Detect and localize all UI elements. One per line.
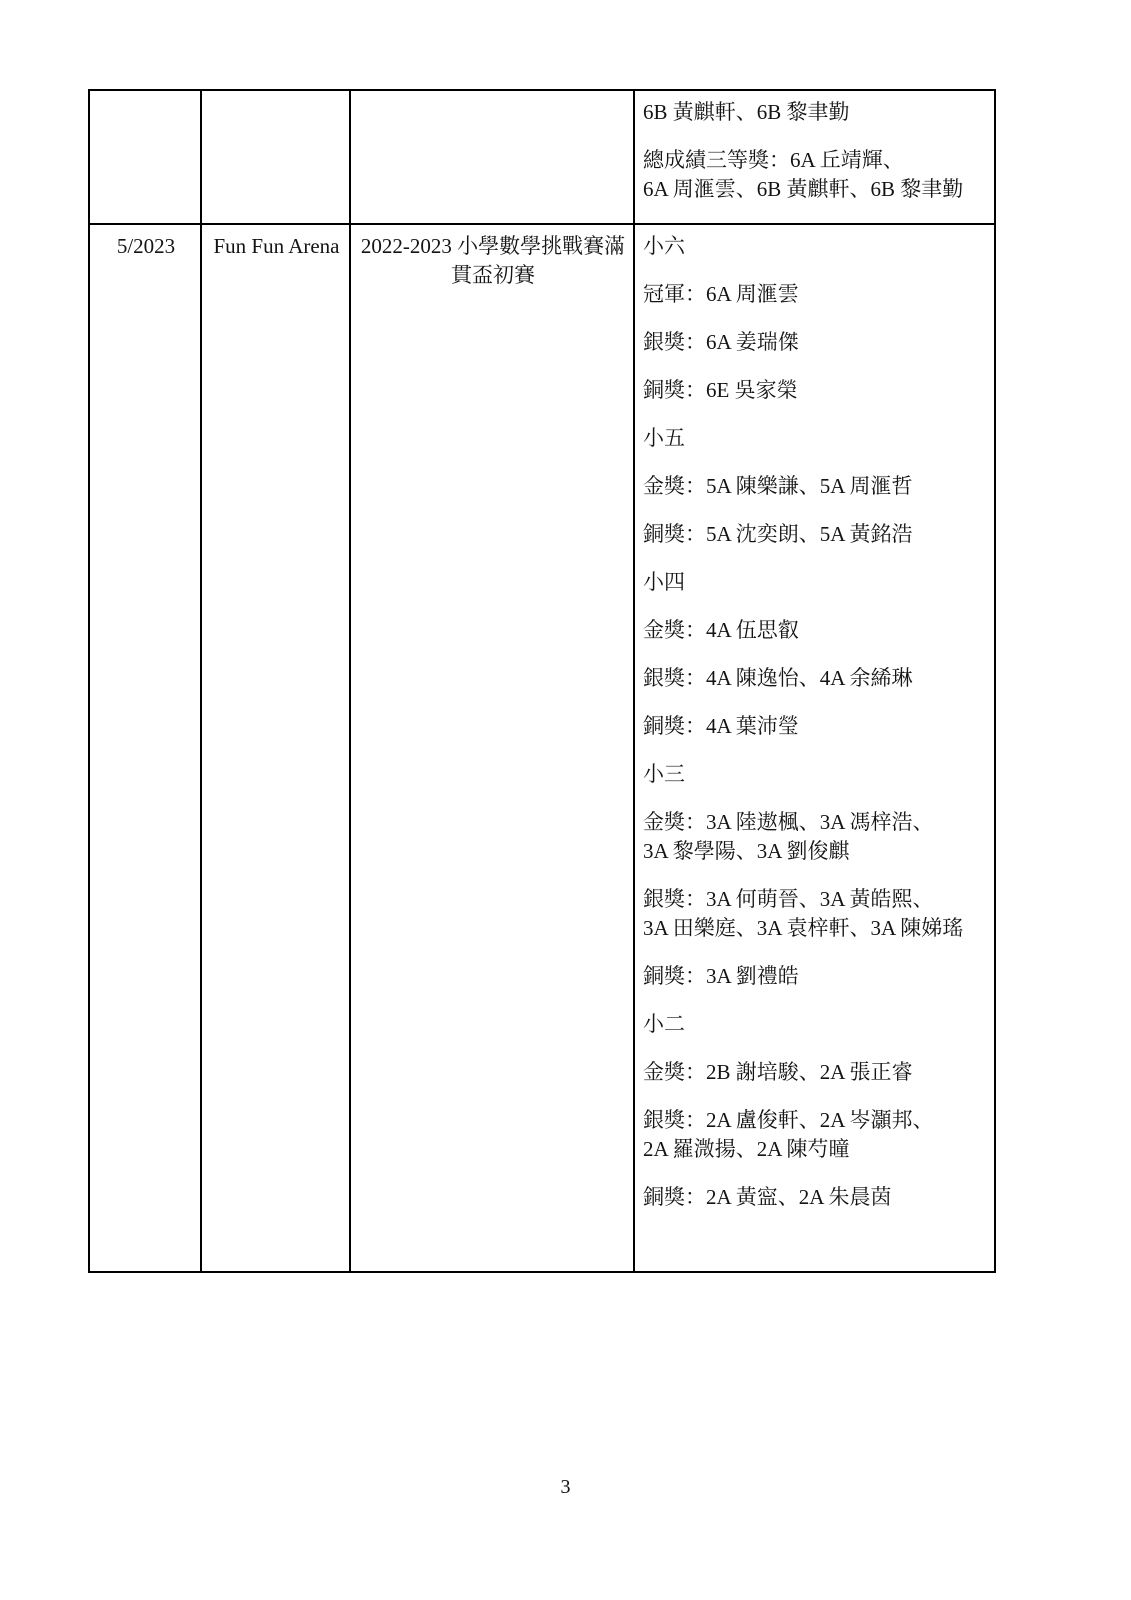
date-cell: [89, 90, 201, 224]
award-paragraph: 銀獎：3A 何萌晉、3A 黃皓熙、3A 田樂庭、3A 袁梓軒、3A 陳娣瑤: [643, 885, 988, 943]
award-paragraph: 6B 黃麒軒、6B 黎聿勤: [643, 98, 988, 127]
award-paragraph: 冠軍：6A 周滙雲: [643, 280, 988, 309]
award-paragraph: 銅獎：2A 黃寍、2A 朱晨茵: [643, 1183, 988, 1212]
award-paragraph: 金獎：5A 陳樂謙、5A 周滙哲: [643, 472, 988, 501]
date-cell: 5/2023: [89, 224, 201, 1272]
award-paragraph: 小二: [643, 1010, 988, 1039]
award-paragraph: 小六: [643, 232, 988, 261]
organizer-cell: Fun Fun Arena: [201, 224, 350, 1272]
award-paragraph: 小四: [643, 568, 988, 597]
award-paragraph: 小五: [643, 424, 988, 453]
award-paragraph: 銀獎：4A 陳逸怡、4A 余絺琳: [643, 664, 988, 693]
table-row-continuation: 6B 黃麒軒、6B 黎聿勤總成績三等獎：6A 丘靖輝、6A 周滙雲、6B 黃麒軒…: [89, 90, 995, 224]
award-paragraph: 小三: [643, 760, 988, 789]
event-cell: 2022-2023 小學數學挑戰賽滿貫盃初賽: [350, 224, 634, 1272]
award-paragraph: 銅獎：4A 葉沛瑩: [643, 712, 988, 741]
table-row: 5/2023 Fun Fun Arena 2022-2023 小學數學挑戰賽滿貫…: [89, 224, 995, 1272]
award-paragraph: 銅獎：6E 吳家榮: [643, 376, 988, 405]
award-paragraph: 金獎：2B 謝培駿、2A 張正睿: [643, 1058, 988, 1087]
award-paragraph: 金獎：3A 陸遨楓、3A 馮梓浩、3A 黎學陽、3A 劉俊麒: [643, 808, 988, 866]
award-paragraph: 金獎：4A 伍思叡: [643, 616, 988, 645]
document-page: 6B 黃麒軒、6B 黎聿勤總成績三等獎：6A 丘靖輝、6A 周滙雲、6B 黃麒軒…: [0, 0, 1131, 1600]
award-paragraph: 銀獎：2A 盧俊軒、2A 岑灝邦、2A 羅溦揚、2A 陳芍曈: [643, 1106, 988, 1164]
award-paragraph: 銅獎：5A 沈奕朗、5A 黃銘浩: [643, 520, 988, 549]
awards-table: 6B 黃麒軒、6B 黎聿勤總成績三等獎：6A 丘靖輝、6A 周滙雲、6B 黃麒軒…: [88, 89, 996, 1273]
award-paragraph: 銅獎：3A 劉禮皓: [643, 962, 988, 991]
organizer-cell: [201, 90, 350, 224]
event-title: 2022-2023 小學數學挑戰賽滿貫盃初賽: [359, 232, 627, 290]
award-paragraph: 總成績三等獎：6A 丘靖輝、6A 周滙雲、6B 黃麒軒、6B 黎聿勤: [643, 146, 988, 204]
award-paragraph: 銀獎：6A 姜瑞傑: [643, 328, 988, 357]
awards-cell: 小六冠軍：6A 周滙雲銀獎：6A 姜瑞傑銅獎：6E 吳家榮小五金獎：5A 陳樂謙…: [634, 224, 995, 1272]
event-cell: [350, 90, 634, 224]
awards-cell: 6B 黃麒軒、6B 黎聿勤總成績三等獎：6A 丘靖輝、6A 周滙雲、6B 黃麒軒…: [634, 90, 995, 224]
page-number: 3: [0, 1476, 1131, 1499]
